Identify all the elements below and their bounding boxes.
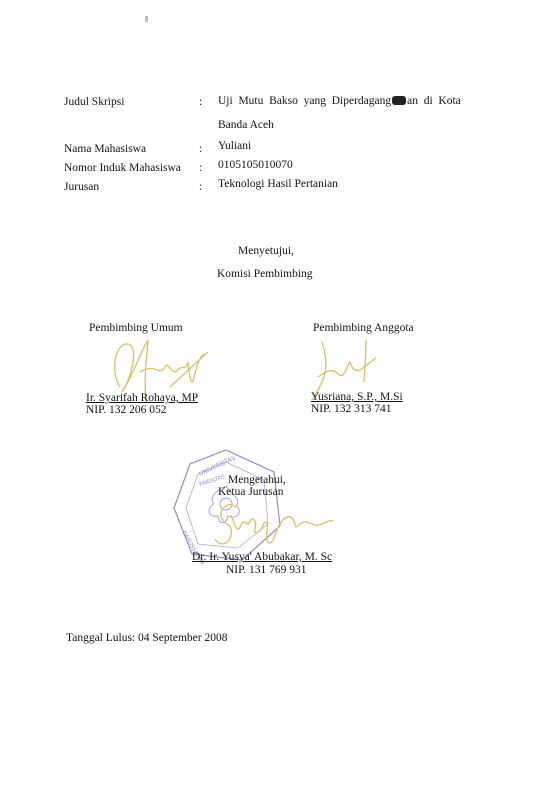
thesis-title-line1: Uji Mutu Bakso yang Diperdagangan di Kot… [218, 95, 466, 107]
committee-heading: Komisi Pembimbing [217, 268, 313, 280]
signature-head [205, 495, 355, 555]
ink-blot [392, 96, 406, 105]
label-title: Judul Skripsi [64, 96, 124, 108]
student-id: 0105105010070 [218, 159, 293, 171]
label-department: Jurusan [64, 181, 99, 193]
advisor-nip-member: NIP. 132 313 741 [311, 403, 392, 415]
colon: : [199, 96, 202, 108]
student-name: Yuliani [218, 140, 251, 152]
colon: : [199, 143, 202, 155]
label-student-name: Nama Mahasiswa [64, 143, 146, 155]
head-name: Dr. Ir. Yusya' Abubakar, M. Sc [192, 551, 332, 563]
approval-heading: Menyetujui, [238, 245, 294, 257]
label-student-id: Nomor Induk Mahasiswa [64, 162, 181, 174]
advisor-name-member: Yusriana, S.P., M.Si [311, 391, 403, 403]
colon: : [199, 162, 202, 174]
advisor-name-main: Ir. Syarifah Rohaya, MP [86, 392, 198, 404]
advisor-nip-main: NIP. 132 206 052 [86, 404, 167, 416]
title-part-b: an di Kota [407, 95, 461, 107]
colon: : [199, 181, 202, 193]
department: Teknologi Hasil Pertanian [218, 178, 338, 190]
head-nip: NIP. 131 769 931 [226, 564, 307, 576]
thesis-title-line2: Banda Aceh [218, 119, 274, 131]
acknowledgement-heading: Mengetahui, [228, 474, 286, 486]
title-part-a: Uji Mutu Bakso yang Diperdagang [218, 95, 391, 107]
graduation-date: Tanggal Lulus: 04 September 2008 [66, 632, 227, 644]
scan-artifact [145, 16, 148, 22]
